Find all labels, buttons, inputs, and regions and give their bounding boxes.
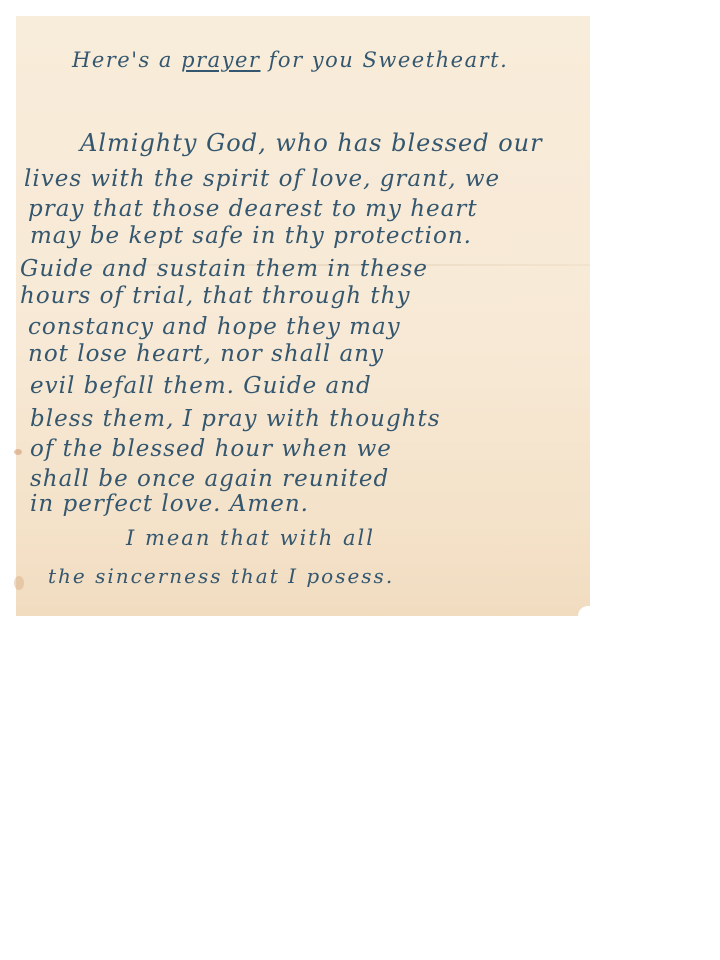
paper-corner-tear [578, 606, 592, 618]
prayer-line: pray that those dearest to my heart [28, 196, 478, 222]
prayer-line: constancy and hope they may [28, 314, 401, 340]
paper-stain [14, 576, 24, 590]
closing-line: the sincerness that I posess. [48, 564, 394, 588]
prayer-line: Guide and sustain them in these [20, 256, 428, 282]
prayer-line: bless them, I pray with thoughts [30, 406, 441, 432]
prayer-line: shall be once again reunited [30, 466, 389, 492]
prayer-line: of the blessed hour when we [30, 436, 392, 462]
prayer-line: lives with the spirit of love, grant, we [24, 166, 500, 192]
prayer-line: hours of trial, that through thy [20, 283, 410, 309]
prayer-line: evil befall them. Guide and [30, 373, 372, 399]
prayer-line: may be kept safe in thy protection. [30, 223, 472, 249]
prayer-line: not lose heart, nor shall any [28, 341, 384, 367]
greeting-underlined-word: prayer [181, 48, 260, 72]
letter-greeting: Here's a prayer for you Sweetheart. [72, 48, 508, 72]
greeting-text-before: Here's a [72, 48, 181, 72]
closing-line: I mean that with all [126, 526, 375, 550]
letter-paper: Here's a prayer for you Sweetheart. Almi… [16, 16, 590, 616]
prayer-line: Almighty God, who has blessed our [80, 129, 543, 157]
greeting-text-after: for you Sweetheart. [260, 48, 508, 72]
prayer-line: in perfect love. Amen. [30, 491, 309, 517]
paper-stain [14, 449, 22, 455]
